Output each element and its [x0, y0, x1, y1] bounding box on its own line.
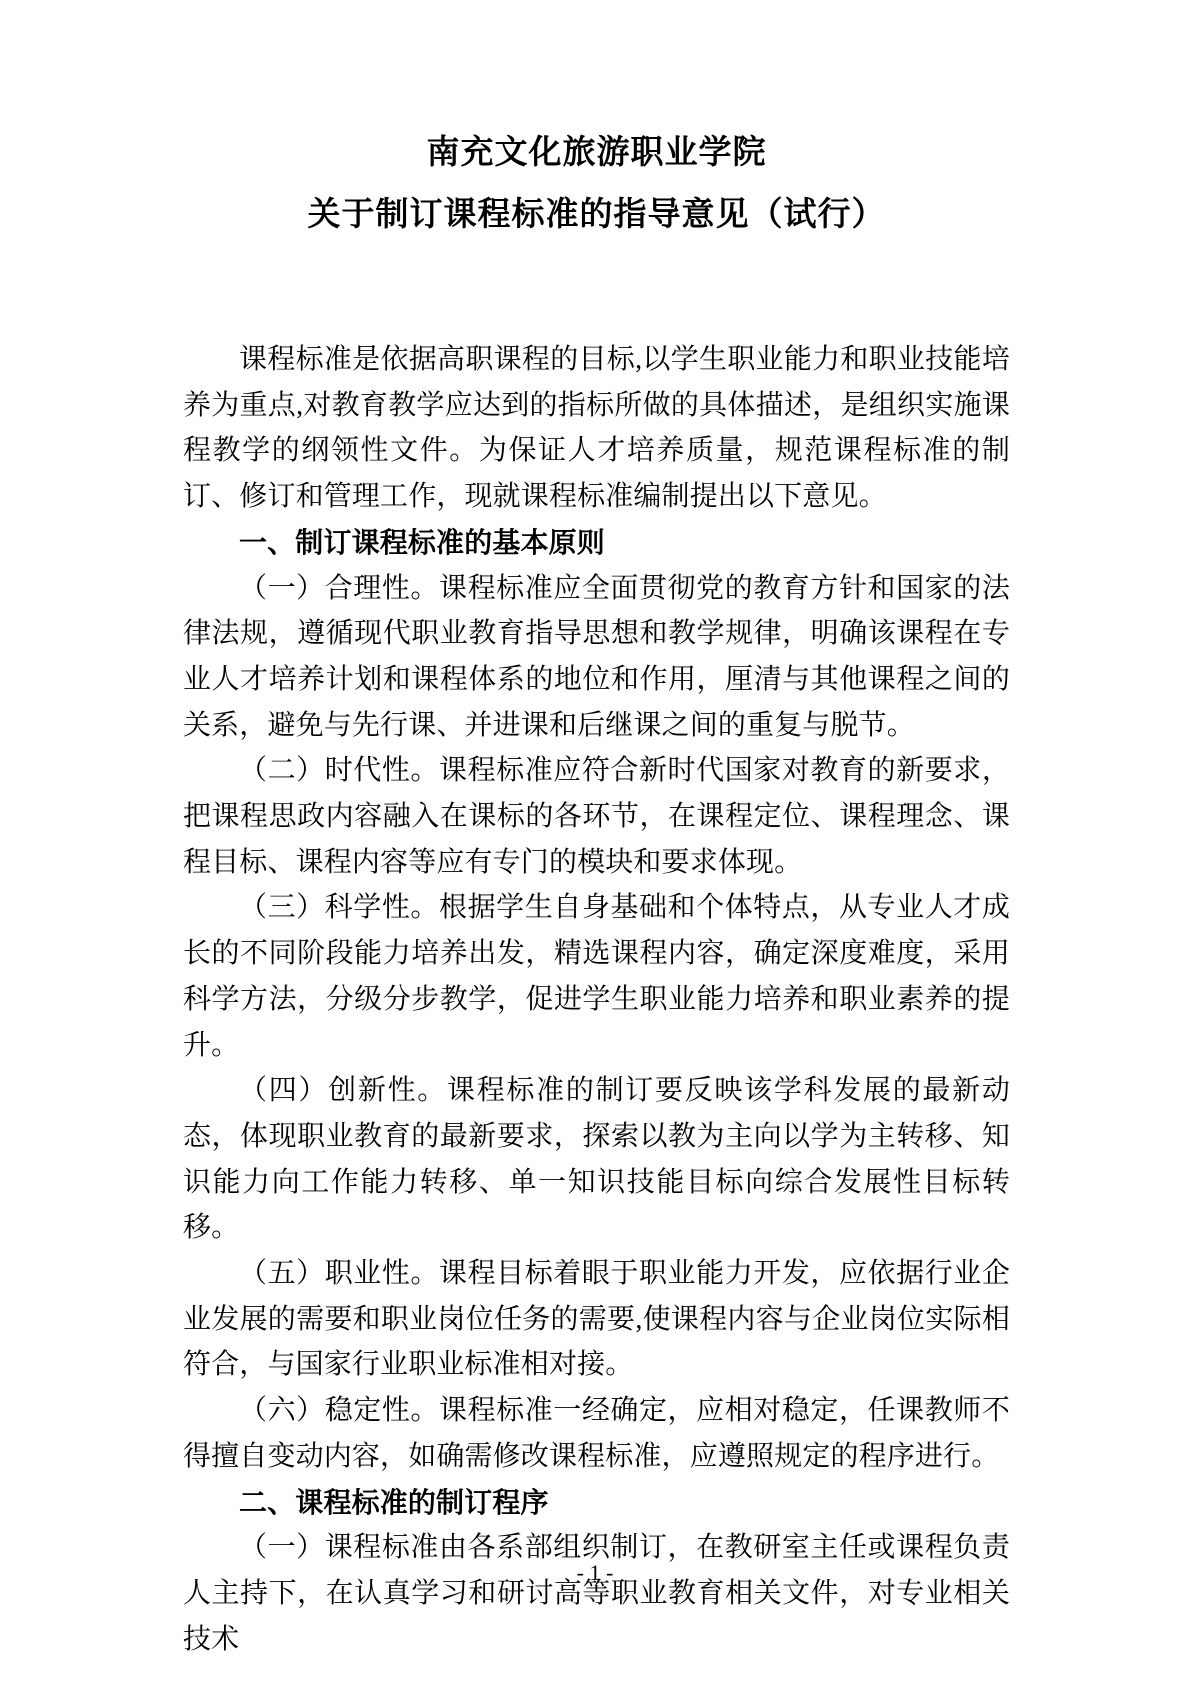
document-title-line1: 南充文化旅游职业学院 [183, 132, 1010, 172]
document-page: 南充文化旅游职业学院 关于制订课程标准的指导意见（试行） 课程标准是依据高职课程… [0, 0, 1190, 1683]
section-heading-principles: 一、制订课程标准的基本原则 [183, 520, 1010, 566]
paragraph-principle-5: （五）职业性。课程目标着眼于职业能力开发，应依据行业企业发展的需要和职业岗位任务… [183, 1251, 1010, 1388]
paragraph-principle-1: （一）合理性。课程标准应全面贯彻党的教育方针和国家的法律法规，遵循现代职业教育指… [183, 566, 1010, 749]
page-number: - 1 - [0, 1558, 1190, 1588]
document-body: 课程标准是依据高职课程的目标,以学生职业能力和职业技能培养为重点,对教育教学应达… [183, 337, 1010, 1662]
paragraph-principle-4: （四）创新性。课程标准的制订要反映该学科发展的最新动态，体现职业教育的最新要求，… [183, 1068, 1010, 1251]
paragraph-intro: 课程标准是依据高职课程的目标,以学生职业能力和职业技能培养为重点,对教育教学应达… [183, 337, 1010, 520]
paragraph-principle-2: （二）时代性。课程标准应符合新时代国家对教育的新要求，把课程思政内容融入在课标的… [183, 748, 1010, 885]
section-heading-procedure: 二、课程标准的制订程序 [183, 1480, 1010, 1526]
document-title-line2: 关于制订课程标准的指导意见（试行） [183, 194, 1010, 234]
paragraph-principle-3: （三）科学性。根据学生自身基础和个体特点，从专业人才成长的不同阶段能力培养出发，… [183, 885, 1010, 1068]
paragraph-procedure-1: （一）课程标准由各系部组织制订，在教研室主任或课程负责人主持下，在认真学习和研讨… [183, 1525, 1010, 1662]
paragraph-principle-6: （六）稳定性。课程标准一经确定，应相对稳定，任课教师不得擅自变动内容，如确需修改… [183, 1388, 1010, 1479]
